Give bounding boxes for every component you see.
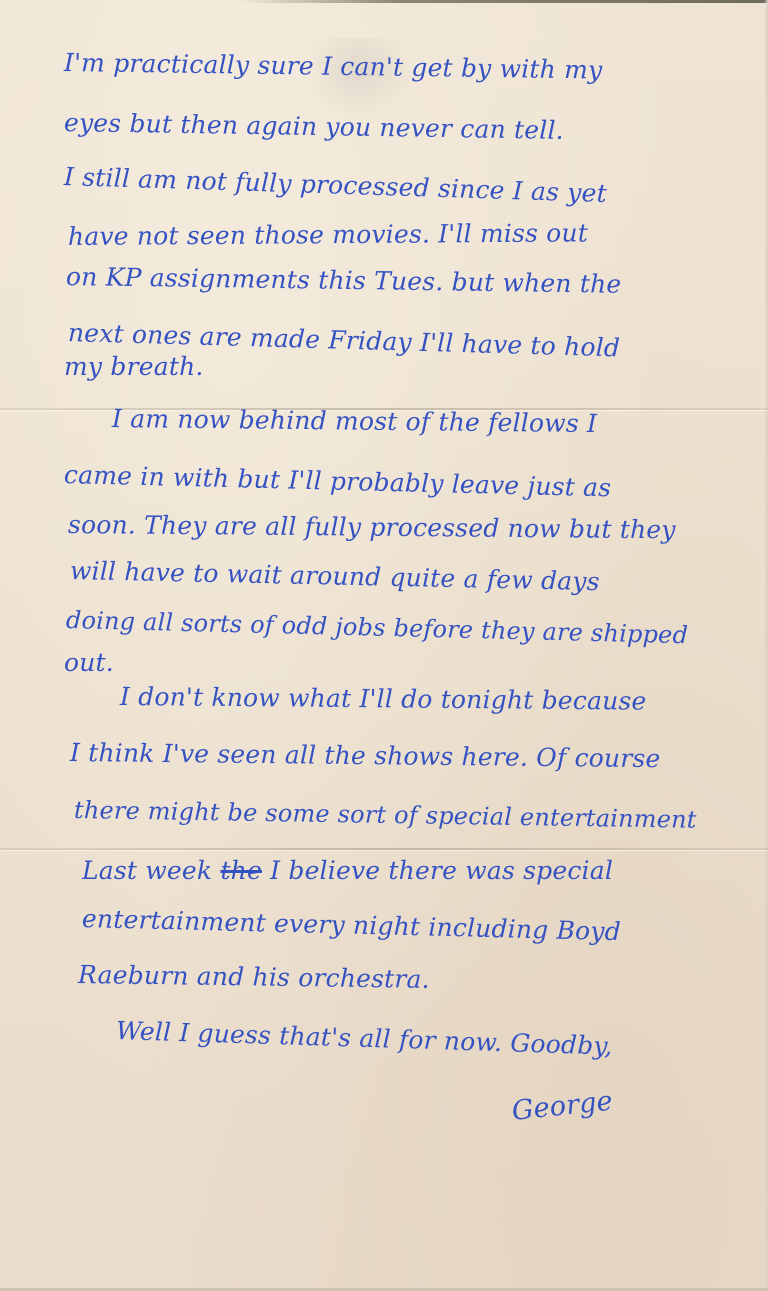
letter-text: I believe there was special	[270, 856, 613, 885]
letter-text: Last week	[82, 856, 212, 885]
letter-line: I think I've seen all the shows here. Of…	[70, 738, 661, 773]
letter-line: Raeburn and his orchestra.	[78, 960, 430, 994]
letter-line: have not seen those movies. I'll miss ou…	[68, 218, 588, 251]
letter-line-with-correction: Last week the I believe there was specia…	[82, 856, 613, 885]
letter-line: eyes but then again you never can tell.	[64, 108, 564, 145]
paper-right-edge	[764, 0, 768, 1291]
letter-line: entertainment every night including Boyd	[82, 904, 622, 946]
letter-page: I'm practically sure I can't get by with…	[0, 0, 768, 1291]
letter-line: I still am not fully processed since I a…	[64, 162, 608, 208]
letter-line: my breath.	[64, 352, 204, 381]
struck-out-word: the	[220, 856, 262, 885]
letter-line: on KP assignments this Tues. but when th…	[66, 262, 622, 299]
letter-line: soon. They are all fully processed now b…	[68, 510, 676, 544]
closing-line: Well I guess that's all for now. Goodby,	[116, 1016, 613, 1061]
letter-line: there might be some sort of special ente…	[74, 796, 697, 834]
letter-line: I am now behind most of the fellows I	[112, 404, 597, 438]
letter-line: I don't know what I'll do tonight becaus…	[120, 682, 647, 716]
letter-line: out.	[64, 648, 114, 677]
signature: George	[510, 1086, 614, 1127]
letter-line: doing all sorts of odd jobs before they …	[66, 606, 689, 649]
letter-line: I'm practically sure I can't get by with…	[64, 48, 603, 85]
fold-crease-lower	[0, 848, 768, 850]
paper-top-edge	[240, 0, 768, 3]
letter-line: came in with but I'll probably leave jus…	[64, 460, 612, 502]
letter-line: will have to wait around quite a few day…	[70, 556, 600, 596]
